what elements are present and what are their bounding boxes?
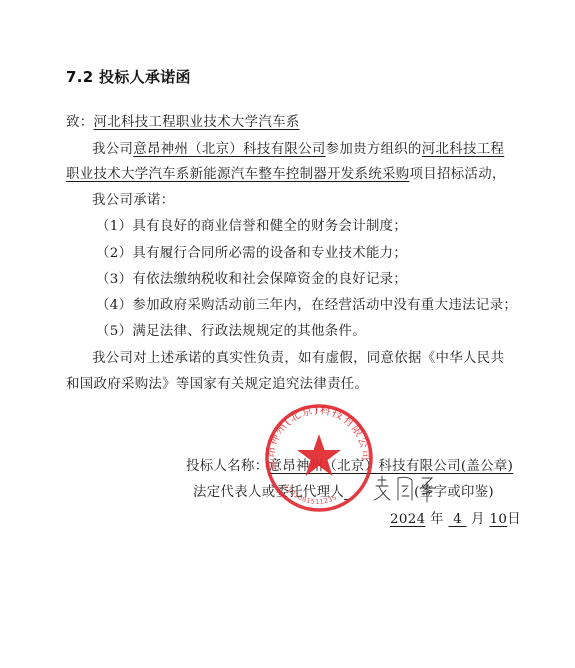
intro-line-1: 我公司意昂神州（北京）科技有限公司参加贵方组织的河北科技工程 xyxy=(92,141,504,159)
company-name: 意昂神州（北京）科技有限公司 xyxy=(133,142,325,157)
page-title: 7.2 投标人承诺函 xyxy=(66,66,191,87)
promise-item: （5）满足法律、行政法规规定的其他条件。 xyxy=(96,323,366,341)
promise-item: （4）参加政府采购活动前三年内，在经营活动中没有重大违法记录； xyxy=(96,297,517,315)
representative-line: 法定代表人或委托代理人 (签字或印鉴) xyxy=(193,484,494,502)
project-name-part1: 河北科技工程 xyxy=(422,142,504,157)
date-year: 2024 xyxy=(390,512,425,527)
project-name-part2: 职业技术大学汽车系新能源汽车整车控制器开发系统采购 xyxy=(66,167,410,182)
bidder-label: 投标人名称： xyxy=(186,459,268,474)
bidder-note: (盖公章) xyxy=(461,459,513,474)
date-year-unit: 年 xyxy=(430,512,444,527)
date-month: 4 xyxy=(448,512,466,527)
promise-item: （1）具有良好的商业信誉和健全的财务会计制度； xyxy=(96,218,407,236)
promise-intro: 我公司承诺： xyxy=(92,192,174,210)
addressee-name: 河北科技工程职业技术大学汽车系 xyxy=(93,115,299,130)
bidder-name-line: 投标人名称：意昂神州（北京）科技有限公司(盖公章) xyxy=(186,458,513,476)
date-month-unit: 月 xyxy=(471,512,485,527)
signature-blank xyxy=(344,484,414,502)
intro-line-2: 职业技术大学汽车系新能源汽车整车控制器开发系统采购项目招标活动， xyxy=(66,166,506,184)
representative-label: 法定代表人或委托代理人 xyxy=(193,485,344,500)
representative-note: (签字或印鉴) xyxy=(414,485,494,500)
date-line: 2024 年 4 月 10日 xyxy=(390,511,521,529)
date-day-unit: 日 xyxy=(507,512,521,527)
date-day: 10 xyxy=(490,512,508,527)
intro-mid: 参加贵方组织的 xyxy=(326,142,422,157)
document-page: 7.2 投标人承诺函 致：河北科技工程职业技术大学汽车系 我公司意昂神州（北京）… xyxy=(0,0,575,668)
intro-lead: 我公司 xyxy=(92,142,133,157)
bidder-name: 意昂神州（北京）科技有限公司 xyxy=(268,459,460,474)
addressee-line: 致：河北科技工程职业技术大学汽车系 xyxy=(66,114,300,132)
closing-line-2: 和国政府采购法》等国家有关规定追究法律责任。 xyxy=(66,376,368,394)
promise-item: （2）具有履行合同所必需的设备和专业技术能力； xyxy=(96,245,407,263)
promise-item: （3）有依法缴纳税收和社会保障资金的良好记录； xyxy=(96,271,407,289)
closing-line-1: 我公司对上述承诺的真实性负责，如有虚假，同意依据《中华人民共 xyxy=(92,350,504,368)
intro-tail: 项目招标活动， xyxy=(410,167,506,182)
addressee-prefix: 致： xyxy=(66,115,93,130)
